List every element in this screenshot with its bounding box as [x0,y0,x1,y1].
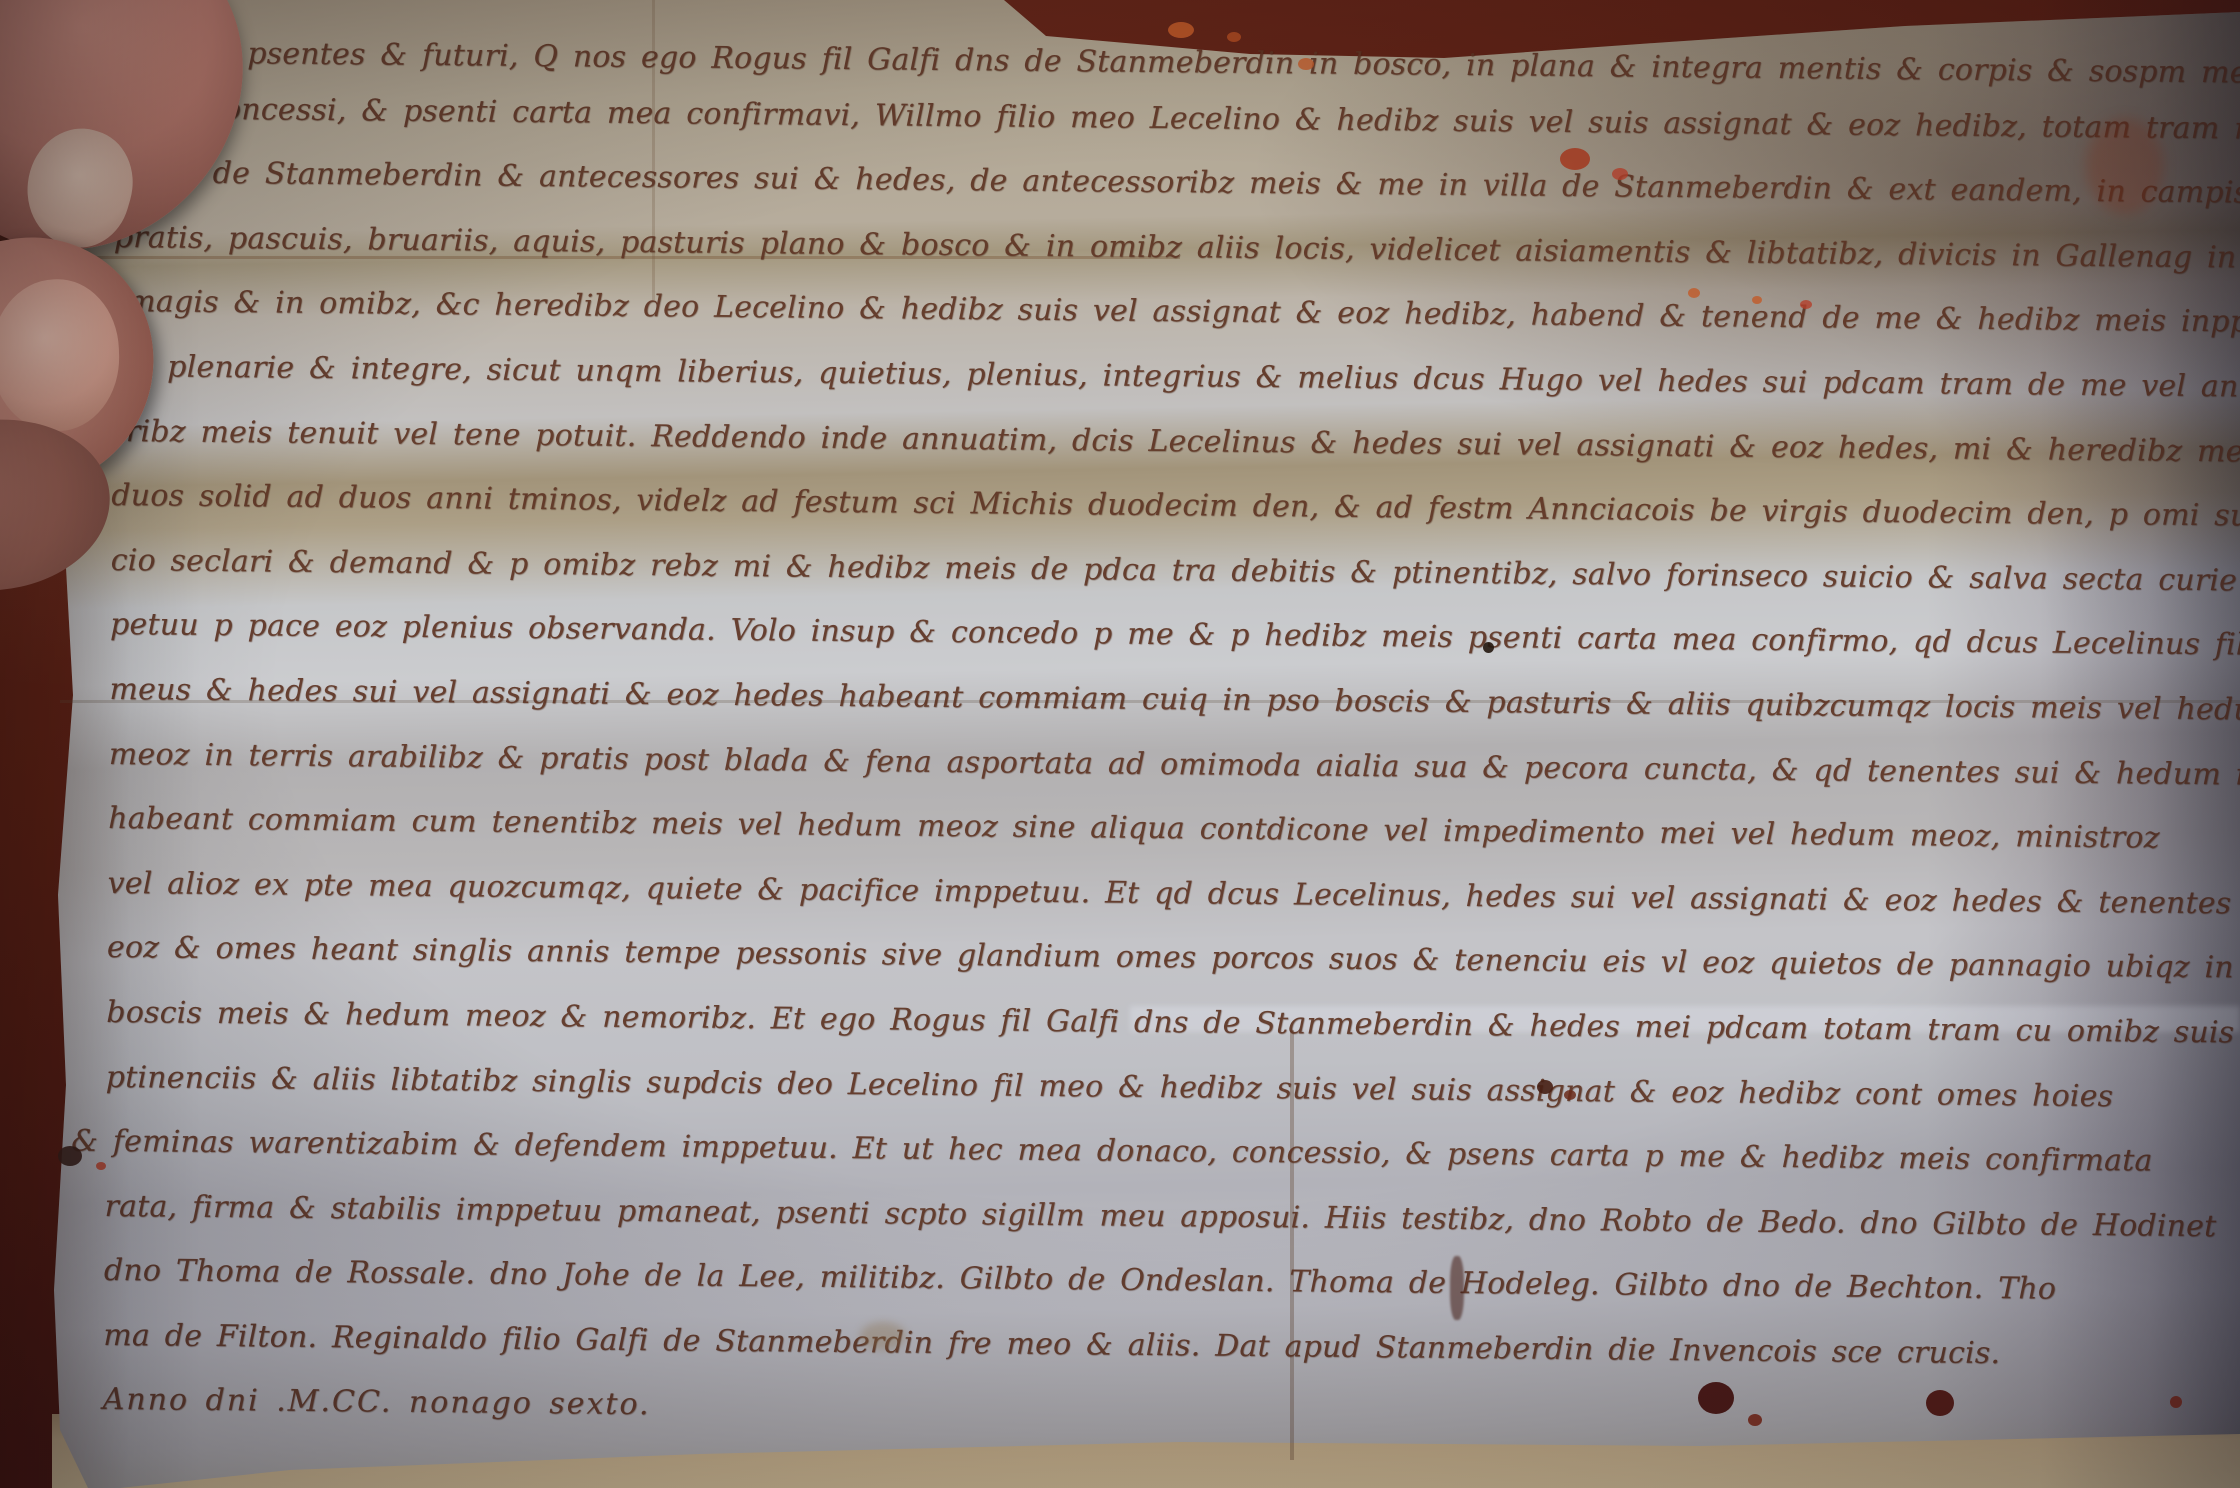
ink-stain [1537,1080,1553,1094]
ink-stain [1298,58,1314,70]
wax-stain [2170,1396,2182,1408]
ink-stain [58,1146,82,1166]
ink-stain [1688,288,1700,298]
ink-stain [1560,148,1590,170]
ink-stain [1450,1256,1464,1320]
ink-stain [1800,300,1812,309]
ink-stain [2086,118,2164,214]
ink-stain [1483,642,1494,653]
manuscript-text: Sciant psentes & futuri, Q nos ego Rogus… [102,12,2196,1453]
wax-stain [1748,1414,1762,1426]
smudge [860,1322,906,1350]
ink-stain [96,1162,106,1170]
ink-stain [1752,296,1762,304]
ink-stain [1564,1090,1576,1100]
ink-stain [1227,32,1241,42]
wax-stain [1926,1390,1954,1416]
ink-stain [1168,22,1194,38]
ink-stain [1612,168,1628,180]
wax-stain [1698,1382,1734,1414]
photo-of-medieval-charter: { "manuscript": { "script": "medieval La… [0,0,2240,1488]
finger-nail [0,277,122,433]
